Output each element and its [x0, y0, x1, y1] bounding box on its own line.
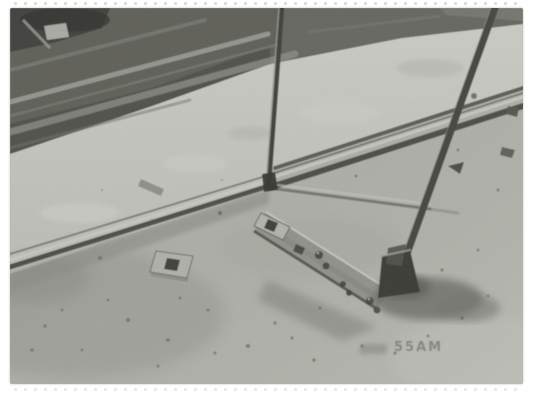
- scan-artifact-dots-top: [14, 2, 518, 5]
- grain-overlay: [10, 8, 523, 384]
- scanned-page: 55AM: [0, 0, 534, 395]
- photo: 55AM: [10, 8, 523, 384]
- photo-scene: [10, 8, 523, 384]
- scan-artifact-dots-bottom: [14, 388, 518, 391]
